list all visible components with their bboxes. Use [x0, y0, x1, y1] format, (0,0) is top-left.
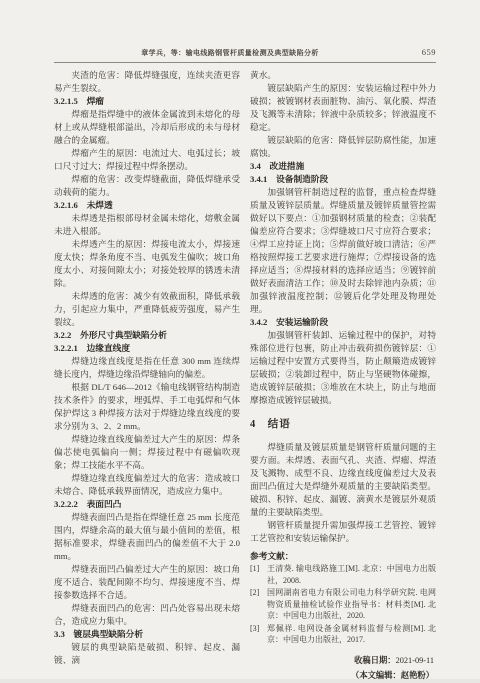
section-heading: 3.3 镀层典型缺陷分析: [54, 628, 240, 641]
reference-label: [1]: [250, 563, 259, 575]
paragraph: 钢管杆质量提升需加强焊接工艺管控、镀锌工艺管控和安装运输保护。: [250, 519, 436, 545]
section-heading: 3.2.1.5 焊瘤: [54, 95, 240, 108]
paragraph: 焊缝表面凹凸是指在焊缝任意 25 mm 长度范围内，焊缝余高的最大值与最小值间的…: [54, 511, 240, 563]
left-column: 夹渣的危害：降低焊缝强度，连续夹渣更容易产生裂纹。3.2.1.5 焊瘤焊瘤是指焊…: [54, 69, 240, 679]
section-heading: 3.4 改进措施: [250, 160, 436, 173]
reference-text: 郑佩祥. 电网设备金属材料监督与检测[M]. 北京：中国电力出版社，2017.: [267, 624, 436, 645]
paragraph: 焊缝质量及镀层质量是钢管杆质量问题的主要方面。未焊透、表面气孔、夹渣、焊瘤、焊渣…: [250, 441, 436, 519]
received-date-line: 收稿日期：2021-09-11: [250, 653, 434, 668]
section-heading: 3.2.2 外形尺寸典型缺陷分析: [54, 329, 240, 342]
paragraph: 根据 DL/T 646—2012《输电线钢管结构制造技术条件》的要求，埋弧焊、手…: [54, 381, 240, 433]
reference-label: [2]: [250, 587, 259, 599]
paragraph: 焊缝边缘直线度偏差过大的危害：造成坡口未熔合、降低承载界面情况，造成应力集中。: [54, 472, 240, 498]
paragraph: 焊缝边缘直线度是指在任意 300 mm 连续焊缝长度内，焊缝边缘沿焊缝轴向的偏差…: [54, 355, 240, 381]
paragraph: 加强钢管杆制造过程的监督，重点检查焊缝质量及镀锌层质量。焊缝质量及镀锌质量管控需…: [250, 186, 436, 316]
paragraph: 焊缝表面凹凸的危害：凹凸处容易出现未熔合，造成应力集中。: [54, 602, 240, 628]
paragraph: 焊缝边缘直线度偏差过大产生的原因：焊条偏芯使电弧偏向一侧；焊接过程中有磁偏吹现象…: [54, 433, 240, 472]
editor-note: （本文编辑：赵艳粉）: [250, 668, 434, 680]
page-number: 659: [422, 47, 436, 57]
paper-page: 章学兵，等：输电线路钢管杆质量检测及典型缺陷分析 659 夹渣的危害：降低焊缝强…: [0, 0, 480, 679]
paragraph: 焊瘤是指焊缝中的液体金属流到未熔化的母材上或从焊缝根部溢出，冷却后形成的未与母材…: [54, 108, 240, 147]
section-heading: 3.4.2 安装运输阶段: [250, 316, 436, 329]
right-column: 黄水。镀层缺陷产生的原因：安装运输过程中外力破损；被镀钢材表面脏物、油污、氧化膜…: [250, 69, 436, 679]
reference-item: [2]国网湖南省电力有限公司电力科学研究院. 电网物资质量抽检试验作业指导书：材…: [250, 587, 436, 622]
references-heading: 参考文献：: [250, 550, 436, 563]
section-heading: 3.2.1.6 未焊透: [54, 199, 240, 212]
reference-text: 国网湖南省电力有限公司电力科学研究院. 电网物资质量抽检试验作业指导书：材料类[…: [267, 588, 436, 620]
paragraph: 夹渣的危害：降低焊缝强度，连续夹渣更容易产生裂纹。: [54, 69, 240, 95]
two-column-body: 夹渣的危害：降低焊缝强度，连续夹渣更容易产生裂纹。3.2.1.5 焊瘤焊瘤是指焊…: [54, 69, 436, 679]
section-heading: 3.2.2.2 表面凹凸: [54, 498, 240, 511]
reference-label: [3]: [250, 623, 259, 635]
paragraph: 镀层的典型缺陷是破损、积锌、起皮、漏镀、滴: [54, 641, 240, 667]
paragraph: 未焊透是指根部母材金属未熔化，熔敷金属未进入根部。: [54, 212, 240, 238]
paragraph: 镀层缺陷的危害：降低锌层防腐性能，加速腐蚀。: [250, 134, 436, 160]
paragraph: 未焊透的危害：减少有效截面积，降低承载力，引起应力集中，严重降低疲劳强度，易产生…: [54, 290, 240, 329]
header-divider: [54, 62, 436, 63]
reference-item: [1]王清葵. 输电线路施工[M]. 北京：中国电力出版社，2008.: [250, 563, 436, 586]
paragraph: 焊瘤产生的原因：电流过大、电弧过长；坡口尺寸过大；焊接过程中焊条摆动。: [54, 147, 240, 173]
paragraph: 未焊透产生的原因：焊接电流太小，焊接速度太快；焊条角度不当、电弧发生偏吹；坡口角…: [54, 238, 240, 290]
received-date-value: 2021-09-11: [396, 656, 434, 665]
paragraph: 焊瘤的危害：改变焊缝截面，降低焊缝承受动载荷的能力。: [54, 173, 240, 199]
paragraph: 黄水。: [250, 69, 436, 82]
section-heading: 3.2.2.1 边缘直线度: [54, 342, 240, 355]
paragraph: 镀层缺陷产生的原因：安装运输过程中外力破损；被镀钢材表面脏物、油污、氧化膜、焊渣…: [250, 82, 436, 134]
chapter-heading: 4 结语: [250, 418, 436, 432]
running-head: 章学兵，等：输电线路钢管杆质量检测及典型缺陷分析 659: [54, 48, 436, 60]
paragraph: 焊缝表面凹凸偏差过大产生的原因：坡口角度不适合、装配间隙不均匀、焊接速度不当、焊…: [54, 563, 240, 602]
paragraph: 加强钢管杆装卸、运输过程中的保护，对特殊部位进行包裹，防止冲击载荷损伤镀锌层：①…: [250, 329, 436, 407]
reference-item: [3]郑佩祥. 电网设备金属材料监督与检测[M]. 北京：中国电力出版社，201…: [250, 623, 436, 646]
article-meta: 收稿日期：2021-09-11 （本文编辑：赵艳粉）: [250, 653, 436, 680]
reference-text: 王清葵. 输电线路施工[M]. 北京：中国电力出版社，2008.: [267, 564, 436, 585]
running-head-title: 章学兵，等：输电线路钢管杆质量检测及典型缺陷分析: [54, 48, 406, 58]
section-heading: 3.4.1 设备制造阶段: [250, 173, 436, 186]
received-date-label: 收稿日期：: [354, 656, 396, 665]
